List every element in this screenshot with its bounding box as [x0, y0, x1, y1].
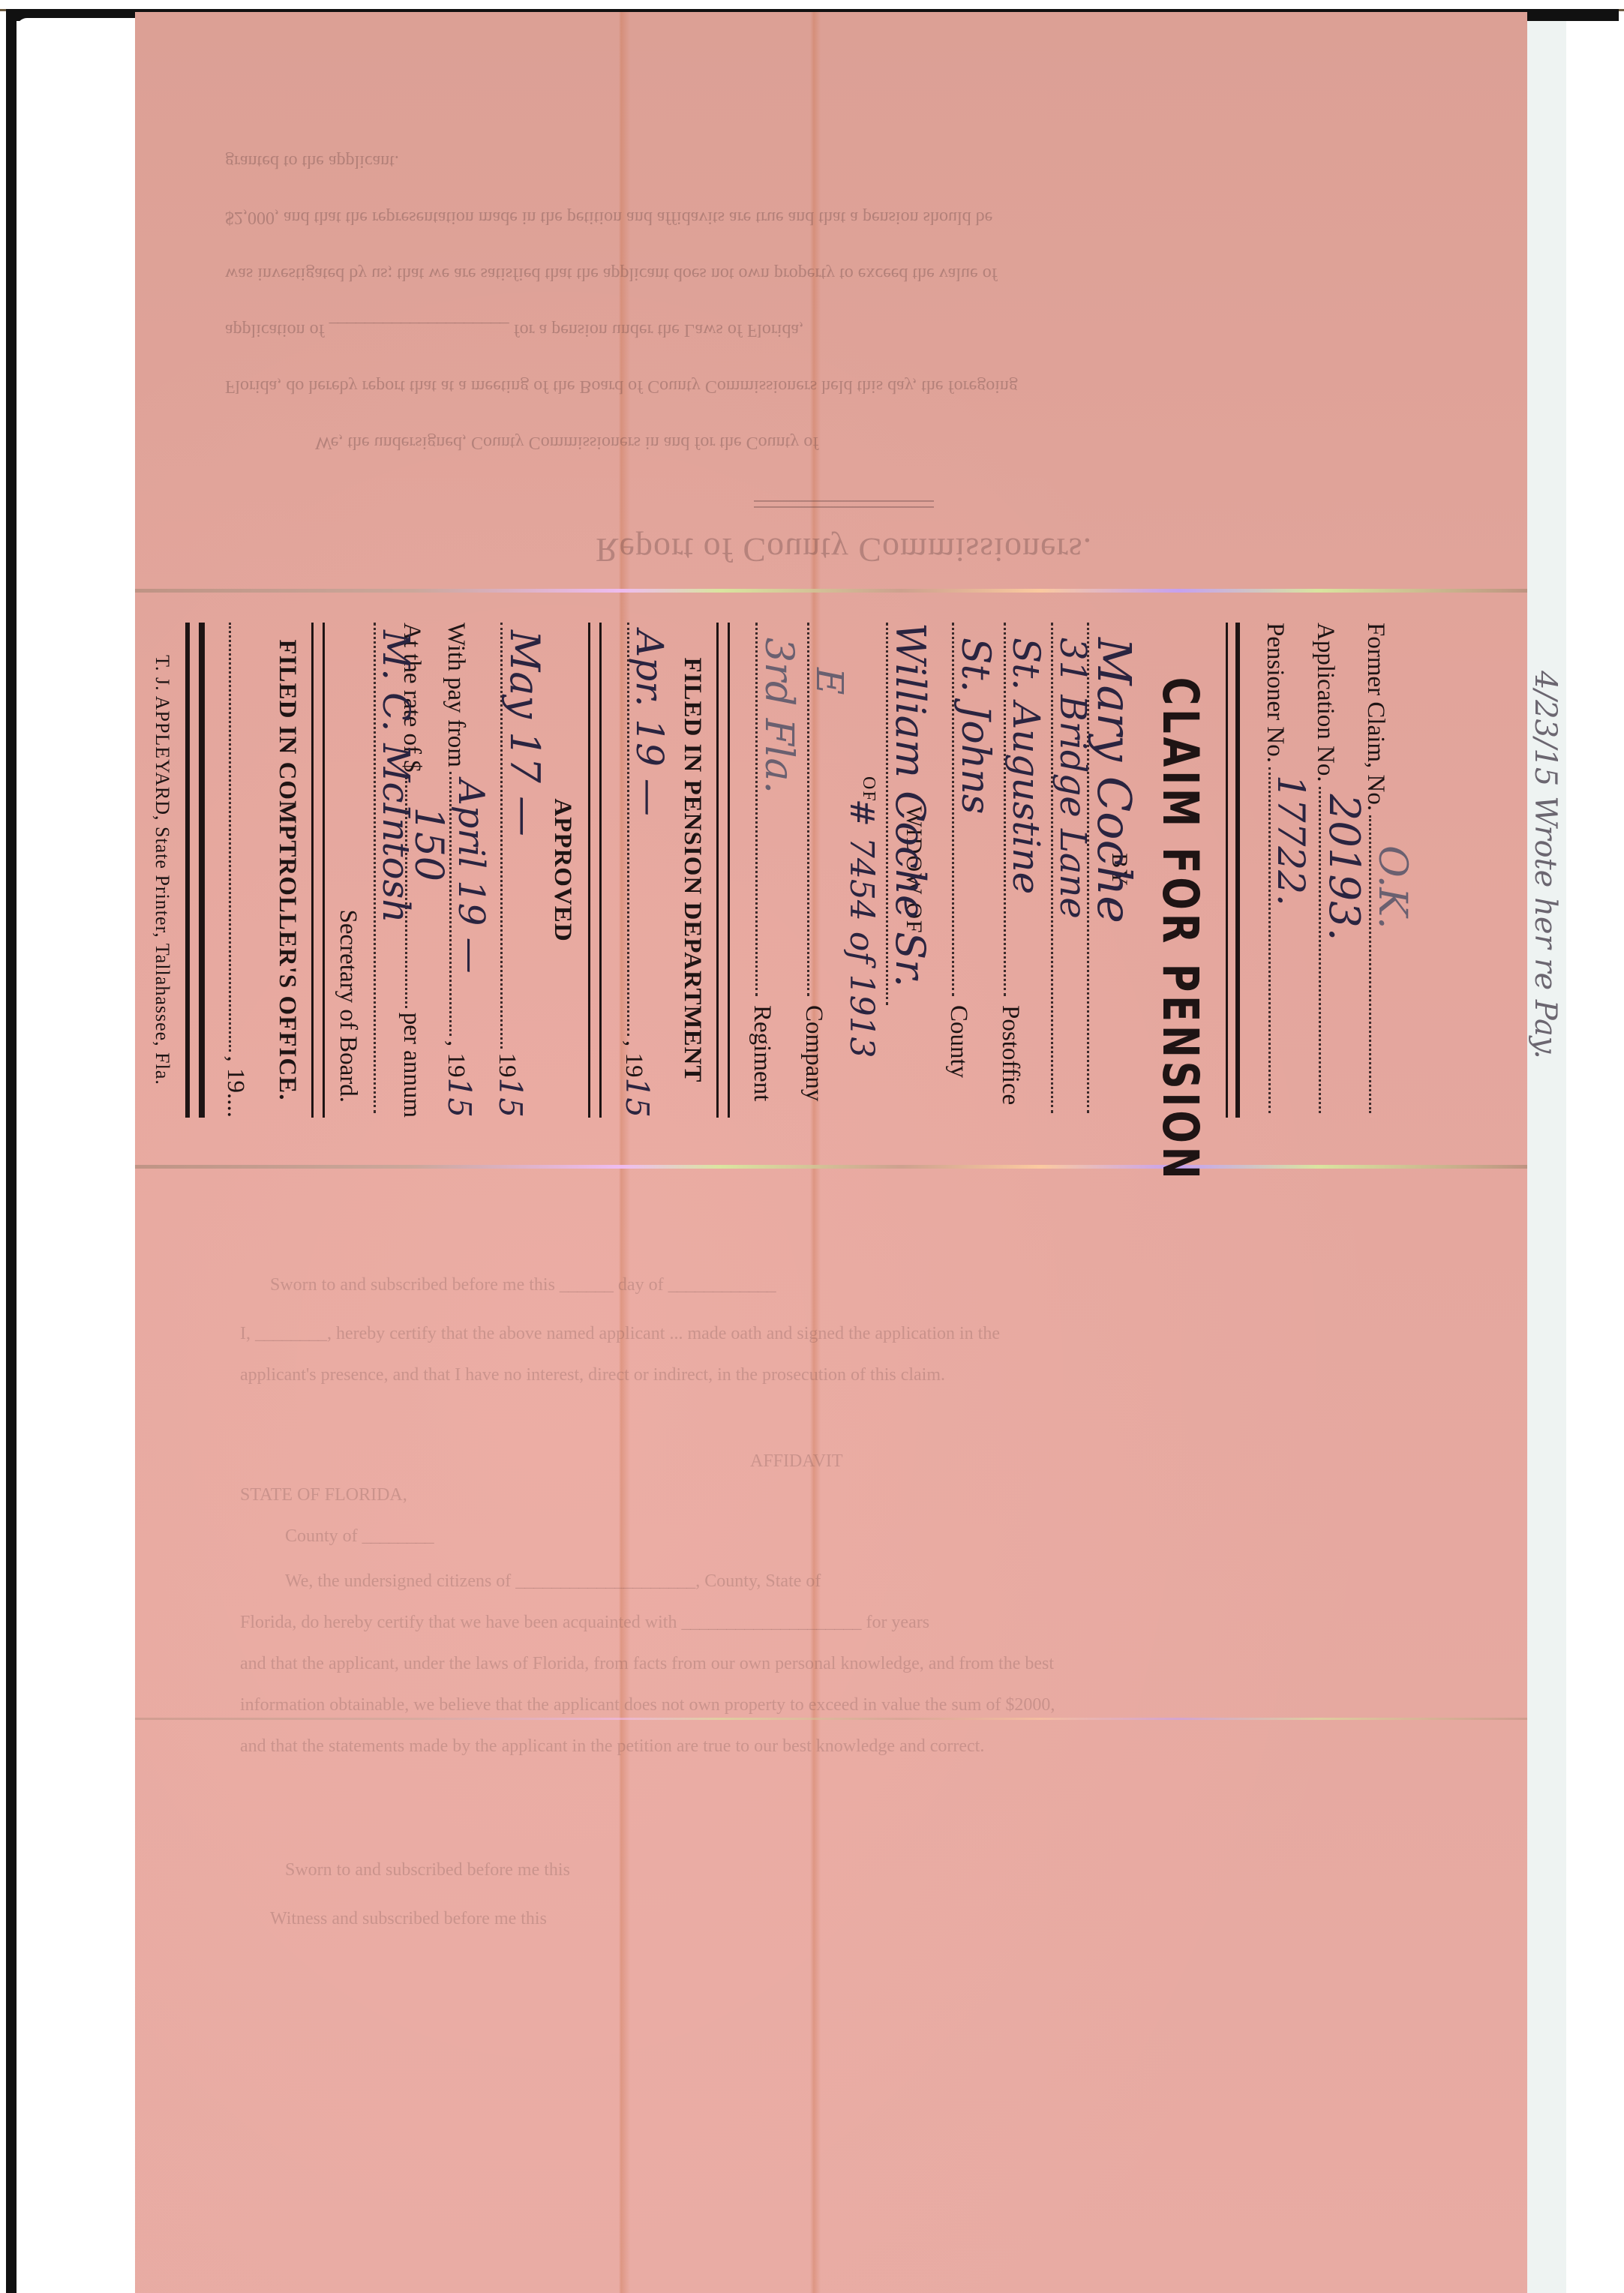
margin-pencil-annotation: 4/23/15 Wrote her re Pay.: [1528, 640, 1562, 1090]
ghost-line: County of ________: [240, 1526, 1515, 1547]
title-rule: [1226, 623, 1240, 1118]
approved-date-row: May 17 — 1915: [494, 623, 526, 1118]
regiment-row: 3rd Fla. Regiment: [749, 623, 774, 1118]
approved-date-field: May 17 —: [500, 623, 503, 1049]
secretary-signature-field: M. C. McIntosh: [374, 623, 377, 1113]
claim-title: CLAIM FOR PENSION: [1151, 677, 1209, 1064]
county-label: County: [946, 1001, 971, 1118]
postoffice-field: St. Augustine: [1004, 623, 1007, 996]
address-value: 31 Bridge Lane: [1055, 638, 1091, 919]
ghost-line: I, ________, hereby certify that the abo…: [240, 1324, 1470, 1344]
secretary-label: Secretary of Board.: [334, 623, 362, 1118]
husband-name: William Coche Sr.: [890, 623, 930, 987]
scan-left-margin: [17, 18, 137, 2293]
ghost-line: Sworn to and subscribed before me this: [240, 1860, 1515, 1880]
filed-pension-date: Apr. 19 —: [631, 630, 668, 816]
approved-rule: [588, 623, 602, 1118]
ghost-heading: AFFIDAVIT: [750, 1451, 1624, 1472]
application-field: 20193.: [1319, 787, 1322, 1113]
company-field: E: [807, 623, 810, 996]
with-pay-year: 15: [441, 1078, 478, 1118]
county-row: St. Johns County: [946, 623, 971, 1118]
year-prefix: 19: [620, 1053, 647, 1078]
with-pay-date: April 19 —: [453, 779, 489, 974]
report-line: We, the undersigned, County Commissioner…: [225, 414, 1463, 470]
postoffice-label: Postoffice: [998, 1001, 1022, 1118]
report-line: was investigated by us; that we are sati…: [225, 245, 1463, 302]
company-label: Company: [801, 1001, 826, 1118]
report-line: application of ____________________ for …: [225, 302, 1463, 358]
approved-heading: APPROVED: [548, 623, 576, 1118]
ghost-line: and that the applicant, under the laws o…: [240, 1654, 1470, 1674]
year-prefix: 19: [222, 1068, 249, 1093]
printer-credit: T. J. APPLEYARD, State Printer, Tallahas…: [151, 623, 173, 1118]
fold-line-faint: [135, 1718, 1527, 1720]
filed-pension-date-row: Apr. 19 — , 1915: [621, 623, 653, 1118]
fold-line-upper: [135, 589, 1527, 593]
ghost-line: STATE OF FLORIDA,: [240, 1485, 1470, 1505]
report-line: Florida, do hereby report that at a meet…: [225, 358, 1463, 414]
approved-date: May 17 —: [504, 630, 545, 836]
per-annum-label: per annum: [399, 1013, 424, 1118]
with-pay-label: With pay from: [443, 623, 468, 767]
pensioner-field: 17722.: [1268, 767, 1271, 1113]
with-pay-year-label: , 1915: [443, 1040, 475, 1118]
company-value: E: [811, 668, 848, 695]
county-field: St. Johns: [952, 623, 955, 996]
ghost-line: We, the undersigned citizens of ________…: [240, 1571, 1515, 1592]
ghost-line: applicant's presence, and that I have no…: [240, 1365, 1470, 1385]
claim-for-pension-card: Former Claim, No. O.K. Application No. 2…: [218, 623, 1410, 1118]
postoffice-value: St. Augustine: [1007, 638, 1045, 894]
footer-rule: [185, 623, 205, 1118]
filed-pension-rule: [716, 623, 730, 1118]
filed-pension-date-field: Apr. 19 —: [627, 623, 630, 1036]
company-row: E Company: [801, 623, 826, 1118]
former-claim-value: O.K.: [1373, 845, 1412, 929]
approved-year-label: 1915: [494, 1053, 526, 1118]
report-title-rule: [754, 500, 934, 508]
pensioner-row: Pensioner No. 17722.: [1262, 623, 1287, 1118]
pensioner-label: Pensioner No.: [1262, 623, 1287, 763]
ghost-line: and that the statements made by the appl…: [240, 1736, 1470, 1757]
secretary-signature-row: M. C. McIntosh: [368, 623, 377, 1118]
regiment-field: 3rd Fla.: [755, 623, 758, 996]
application-label: Application No.: [1313, 623, 1337, 782]
filed-pension-year-label: , 1915: [621, 1040, 653, 1118]
county-value: St. Johns: [956, 638, 995, 814]
report-line: granted to the applicant.: [225, 133, 1463, 189]
filed-comptroller-date-field: [229, 623, 232, 1052]
address-field: 31 Bridge Lane: [1051, 623, 1054, 1113]
of-note: # 7454 of 1913: [842, 799, 881, 1058]
year-prefix: 19: [494, 1053, 521, 1078]
husband-row: William Coche Sr.: [880, 623, 889, 1118]
ghost-line: Florida, do hereby certify that we have …: [240, 1613, 1470, 1633]
secretary-signature: M. C. McIntosh: [377, 630, 415, 923]
filed-comptroller-heading: FILED IN COMPTROLLER'S OFFICE.: [273, 623, 301, 1118]
former-claim-field: O.K.: [1369, 815, 1372, 1113]
year-prefix: 19: [443, 1053, 470, 1078]
filed-pension-year: 15: [619, 1078, 656, 1118]
scan-border-left: [6, 9, 17, 2293]
claimant-name: Mary Coche: [1091, 638, 1137, 923]
postoffice-row: St. Augustine Postoffice: [998, 623, 1022, 1118]
report-line: $2,000, and that the representation made…: [225, 189, 1463, 245]
ghost-line: Sworn to and subscribed before me this _…: [240, 1275, 1500, 1295]
scan-right-margin-outer: [1566, 21, 1624, 2293]
filed-comptroller-date-row: , 19....: [223, 623, 248, 1118]
ghost-line: Witness and subscribed before me this: [240, 1909, 1500, 1929]
husband-field: William Coche Sr.: [886, 623, 889, 1005]
of-row: OF # 7454 of 1913: [845, 623, 880, 1118]
former-claim-label: Former Claim, No.: [1363, 623, 1388, 811]
filed-comptroller-rule: [311, 623, 325, 1118]
regiment-value: 3rd Fla.: [759, 638, 798, 794]
report-title: Report of County Commissioners.: [225, 530, 1463, 570]
fold-line-lower: [135, 1165, 1527, 1169]
county-commissioners-report-ghost: Report of County Commissioners. We, the …: [225, 180, 1463, 570]
pensioner-value: 17722.: [1272, 775, 1310, 906]
application-row: Application No. 20193.: [1313, 623, 1337, 1118]
application-value: 20193.: [1322, 794, 1364, 941]
approved-year: 15: [492, 1078, 529, 1118]
filed-comptroller-year-label: , 19....: [223, 1056, 248, 1118]
filed-pension-heading: FILED IN PENSION DEPARTMENT: [678, 623, 706, 1118]
regiment-label: Regiment: [749, 1001, 774, 1118]
ghost-line: information obtainable, we believe that …: [240, 1695, 1470, 1715]
